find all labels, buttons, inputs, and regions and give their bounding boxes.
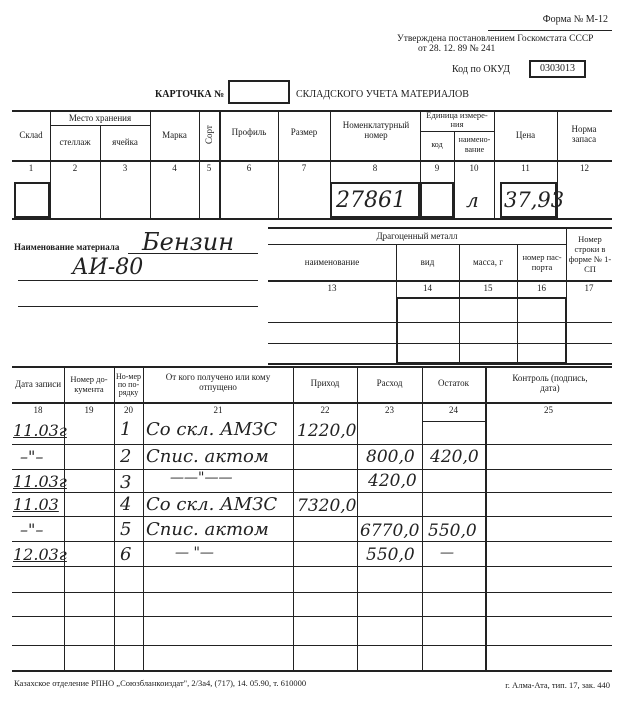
row-2-number[interactable]: 2 bbox=[120, 446, 131, 467]
card-title: СКЛАДСКОГО УЧЕТА МАТЕРИАЛОВ bbox=[296, 89, 469, 100]
okud-code: 0303013 bbox=[529, 60, 586, 78]
row-2-date[interactable]: –"– bbox=[20, 447, 43, 466]
row-4-number[interactable]: 4 bbox=[120, 494, 131, 515]
unit-code-field[interactable] bbox=[420, 182, 454, 218]
col-num-21: 21 bbox=[143, 405, 293, 415]
header-balance: Остаток bbox=[422, 368, 485, 398]
col-num-13: 13 bbox=[268, 283, 396, 293]
header-price: Цена bbox=[494, 112, 557, 158]
row-3-date[interactable]: 11.03г bbox=[13, 472, 67, 491]
approval-line-1: Утверждена постановлением Госкомстата СС… bbox=[397, 34, 593, 44]
nomenkl-number-field[interactable]: 27861 bbox=[330, 182, 420, 218]
col-num-20: 20 bbox=[114, 405, 143, 415]
row-6-balance[interactable]: — bbox=[440, 545, 454, 561]
row-5-from-to[interactable]: Спис. актом bbox=[146, 519, 269, 540]
okud-label: Код по ОКУД bbox=[452, 64, 510, 75]
col-num-5: 5 bbox=[199, 163, 219, 173]
row-2-balance[interactable]: 420,0 bbox=[430, 447, 479, 467]
col-num-14: 14 bbox=[396, 283, 459, 293]
material-label: Наименование материала bbox=[14, 242, 119, 252]
card-number-field[interactable] bbox=[228, 80, 290, 104]
header-income: Приход bbox=[293, 368, 357, 398]
row-1-number[interactable]: 1 bbox=[120, 419, 131, 440]
col-num-7: 7 bbox=[278, 163, 330, 173]
header-unit-code: код bbox=[420, 132, 454, 158]
card-label: КАРТОЧКА № bbox=[155, 89, 224, 100]
header-storage-place: Место хранения bbox=[50, 111, 150, 125]
col-num-16: 16 bbox=[517, 283, 566, 293]
col-num-25: 25 bbox=[485, 405, 612, 415]
col-num-22: 22 bbox=[293, 405, 357, 415]
footer-right: г. Алма-Ата, тип. 17, зак. 440 bbox=[505, 680, 610, 690]
header-sort: Сорт bbox=[199, 112, 219, 158]
col-num-8: 8 bbox=[330, 163, 420, 173]
header-order-num: Но-мер по по-рядку bbox=[114, 367, 143, 402]
header-sklad: Склad bbox=[12, 112, 50, 158]
footer-left: Казахское отделение РПНО „Союзбланкоизда… bbox=[14, 678, 306, 688]
col-num-23: 23 bbox=[357, 405, 422, 415]
metal-header-mass: масса, г bbox=[459, 245, 517, 279]
col-num-17: 17 bbox=[566, 283, 612, 293]
header-nomenkl: Номенклатурный номер bbox=[340, 112, 412, 148]
metal-header-row-num: Номер строки в форме № 1-СП bbox=[568, 229, 612, 279]
row-3-expense[interactable]: 420,0 bbox=[368, 471, 417, 491]
row-5-date[interactable]: –"– bbox=[20, 520, 43, 539]
col-num-11: 11 bbox=[494, 163, 557, 173]
row-5-expense[interactable]: 6770,0 bbox=[360, 521, 419, 541]
metal-header-type: вид bbox=[396, 245, 459, 279]
header-expense: Расход bbox=[357, 368, 422, 398]
row-2-from-to[interactable]: Спис. актом bbox=[146, 446, 269, 467]
row-1-income[interactable]: 1220,0 bbox=[297, 421, 356, 441]
form-number: Форма № М-12 bbox=[543, 14, 608, 25]
col-num-2: 2 bbox=[50, 163, 100, 173]
col-num-12: 12 bbox=[557, 163, 612, 173]
header-norm: Норма запаса bbox=[562, 112, 606, 156]
col-num-10: 10 bbox=[454, 163, 494, 173]
header-marka: Марка bbox=[150, 112, 199, 158]
header-unit-name: наимено-вание bbox=[455, 132, 494, 158]
material-name-line2[interactable]: АИ-80 bbox=[72, 255, 143, 280]
header-razmer: Размер bbox=[278, 112, 330, 152]
metal-title: Драгоценный металл bbox=[268, 228, 566, 244]
header-doc-num: Номер до-кумента bbox=[64, 368, 114, 400]
row-4-date[interactable]: 11.03 bbox=[13, 495, 59, 514]
approval-line-2: от 28. 12. 89 № 241 bbox=[418, 44, 495, 54]
row-3-from-to[interactable]: ——"—— bbox=[170, 470, 232, 486]
unit-name-value[interactable]: л bbox=[466, 188, 479, 212]
metal-header-passport: номер пас-порта bbox=[521, 245, 563, 279]
header-profil: Профиль bbox=[220, 112, 278, 152]
col-num-19: 19 bbox=[64, 405, 114, 415]
col-num-6: 6 bbox=[220, 163, 278, 173]
row-4-from-to[interactable]: Со скл. АМЗС bbox=[146, 494, 277, 515]
price-field[interactable]: 37,93 bbox=[500, 182, 557, 218]
header-control: Контроль (подпись, дата) bbox=[510, 368, 590, 398]
row-5-balance[interactable]: 550,0 bbox=[428, 521, 477, 541]
col-num-3: 3 bbox=[100, 163, 150, 173]
header-date: Дата записи bbox=[14, 368, 62, 400]
divider bbox=[488, 30, 612, 31]
row-4-income[interactable]: 7320,0 bbox=[297, 496, 356, 516]
row-6-date[interactable]: 12.03г bbox=[13, 545, 67, 564]
header-unit: Единица измере-ния bbox=[422, 110, 492, 130]
metal-header-name: наименование bbox=[268, 245, 396, 279]
row-2-expense[interactable]: 800,0 bbox=[366, 447, 415, 467]
col-num-24: 24 bbox=[422, 405, 485, 415]
row-6-from-to[interactable]: — "— bbox=[175, 545, 214, 561]
row-1-from-to[interactable]: Со скл. АМЗС bbox=[146, 419, 277, 440]
row-1-date[interactable]: 11.03г bbox=[13, 421, 67, 440]
col-num-18: 18 bbox=[12, 405, 64, 415]
col-num-4: 4 bbox=[150, 163, 199, 173]
row-5-number[interactable]: 5 bbox=[120, 519, 131, 540]
material-name-line1[interactable]: Бензин bbox=[142, 228, 234, 256]
col-num-15: 15 bbox=[459, 283, 517, 293]
header-yacheika: ячейка bbox=[100, 126, 150, 158]
header-stellazh: стеллаж bbox=[50, 126, 100, 158]
col-num-9: 9 bbox=[420, 163, 454, 173]
metal-data-box[interactable] bbox=[396, 297, 567, 364]
row-6-expense[interactable]: 550,0 bbox=[366, 545, 415, 565]
row-6-number[interactable]: 6 bbox=[120, 544, 131, 565]
col-num-1: 1 bbox=[12, 163, 50, 173]
row-3-number[interactable]: 3 bbox=[120, 472, 131, 493]
sklad-field[interactable] bbox=[14, 182, 50, 218]
header-from-to: От кого получено или кому отпущено bbox=[160, 368, 276, 396]
